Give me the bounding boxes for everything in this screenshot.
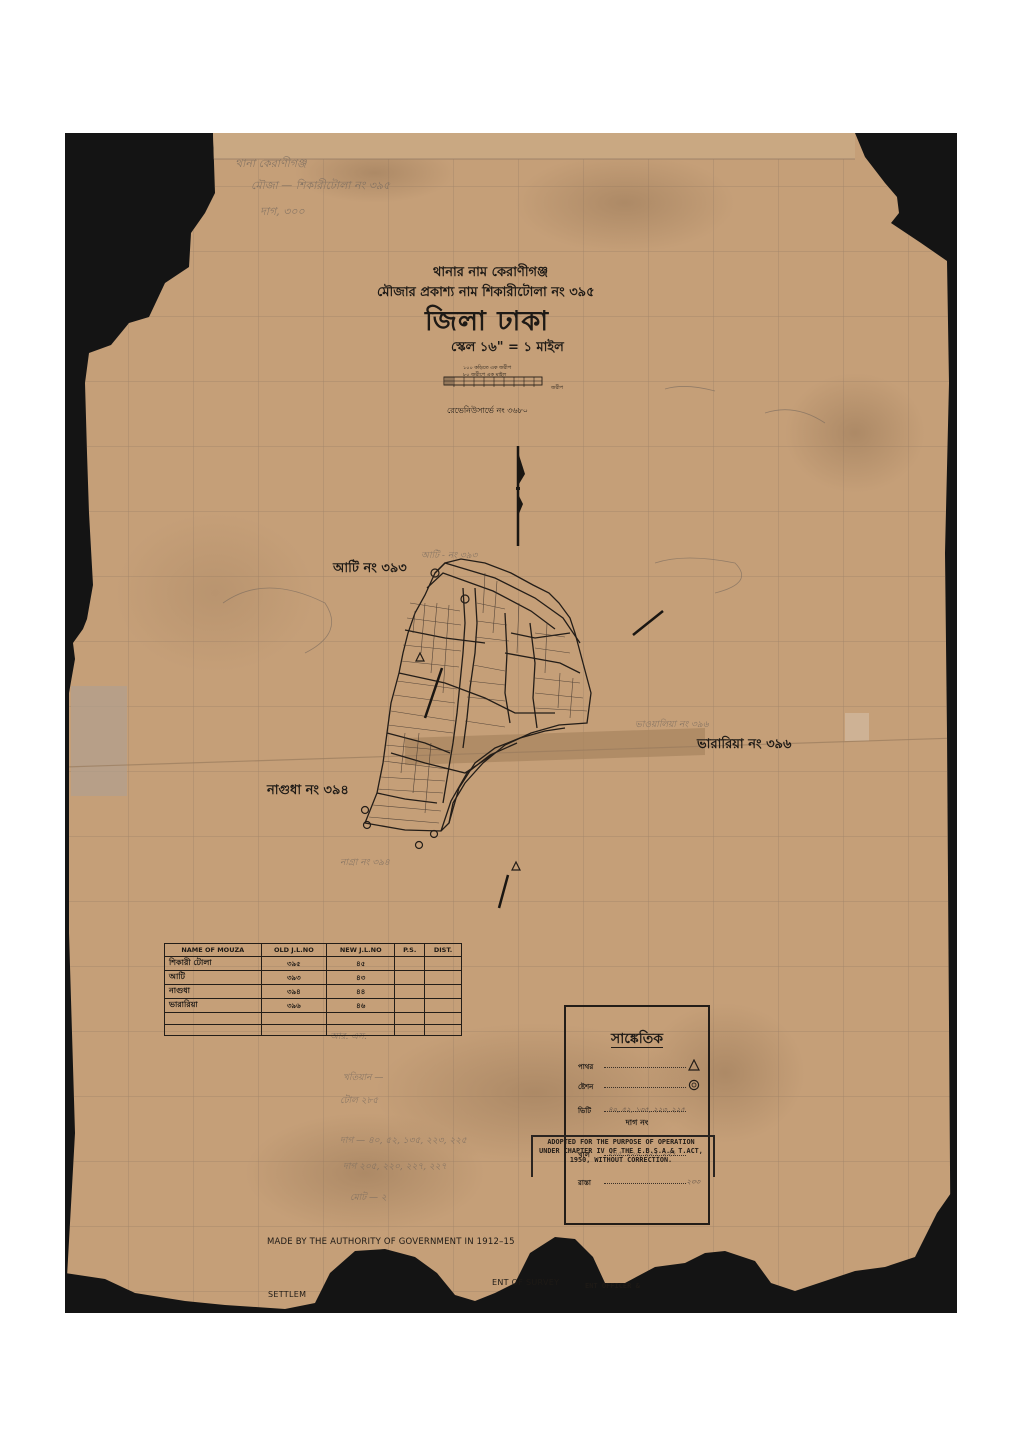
table-cell (395, 1024, 425, 1036)
mouza-name-cell (165, 1024, 262, 1036)
table-cell: ৪৬ (327, 999, 395, 1013)
adoption-stamp-text: ADOPTED FOR THE PURPOSE OF OPERATION UND… (531, 1138, 711, 1165)
boundary-label-north: আটি নং ৩৯৩ (333, 559, 407, 580)
boundary-label-west: নাগুধা নং ৩৯৪ (267, 781, 349, 802)
table-cell (425, 985, 462, 999)
table-cell (425, 971, 462, 985)
mouza-name-cell: নাগুধা (165, 985, 262, 999)
stamp-officer-fragment: ENT OFFICER & (585, 1282, 640, 1290)
table-cell (425, 957, 462, 971)
boundary-label-east: ভারারিয়া নং ৩৯৬ (697, 735, 791, 756)
legend-item-station: ষ্টেশন (578, 1079, 700, 1093)
table-cell: ৩৯৩ (261, 971, 327, 985)
table-cell (395, 985, 425, 999)
settlement-text-fragment: SETTLEM (268, 1290, 306, 1299)
col-header: DIST. (425, 944, 462, 957)
col-header: P.S. (395, 944, 425, 957)
table-cell (261, 1024, 327, 1036)
table-header-row: NAME OF MOUZA OLD J.L.NO NEW J.L.NO P.S.… (165, 944, 462, 957)
legend-plot-row: ভিটি ৪০, ৫২, ১৩৫, ২২৩, ২২৫ (578, 1103, 700, 1117)
table-cell (327, 1013, 395, 1025)
map-scale: স্কেল ১৬" = ১ মাইল (451, 338, 564, 359)
pencil-note: দাগ, ৩০০ (260, 203, 305, 222)
pencil-note: মৌজা — শিকারীটোলা নং ৩৯৫ (251, 177, 390, 196)
pencil-note: দাগ ২০৫, ২২০, ২২৭, ২২৭ (343, 1159, 446, 1174)
pencil-note: থানা কেরাণীগঞ্জ (235, 155, 306, 174)
survey-text-fragment: ENT OF SURVEY (492, 1278, 559, 1287)
circle-icon (688, 1079, 700, 1091)
mouza-name-cell (165, 1013, 262, 1025)
triangle-icon (688, 1059, 700, 1071)
table-cell (395, 1013, 425, 1025)
table-row (165, 1013, 462, 1025)
col-header: NEW J.L.NO (327, 944, 395, 957)
table-cell (425, 999, 462, 1013)
mouza-name-cell: ভারারিয়া (165, 999, 262, 1013)
col-header: OLD J.L.NO (261, 944, 327, 957)
table-cell: ৩৯৫ (261, 957, 327, 971)
table-row (165, 1024, 462, 1036)
table-cell (327, 1024, 395, 1036)
scale-bar-unit: জরীপ (551, 385, 563, 393)
scanned-map-sheet: থানার নাম কেরাণীগঞ্জ মৌজার প্রকাশ্য নাম … (65, 133, 957, 1313)
legend-title: সাঙ্কেতিক (566, 1027, 708, 1051)
table-cell: ৪৪ (327, 985, 395, 999)
map-legend: সাঙ্কেতিক পাথর ষ্টেশন দাগ নং ভিটি ৪০, ৫২… (564, 1005, 710, 1225)
table-cell (395, 999, 425, 1013)
table-cell (261, 1013, 327, 1025)
revenue-survey-number: রেভেনিউসার্ভে নং ৩৬৮০ (447, 405, 528, 418)
table-cell (395, 957, 425, 971)
legend-item-stone: পাথর (578, 1059, 700, 1073)
table-cell: ৩৯৬ (261, 999, 327, 1013)
legend-plot-header: দাগ নং (566, 1117, 708, 1130)
scale-bar-note-2: ৮০ জরীপে এক মাইল (463, 372, 506, 380)
table-row: নাগুধা৩৯৪৪৪ (165, 985, 462, 999)
table-cell: ৩৯৪ (261, 985, 327, 999)
pencil-note: খতিয়ান — (343, 1070, 383, 1085)
thana-name: থানার নাম কেরাণীগঞ্জ (433, 263, 548, 284)
table-cell: ৪৩ (327, 971, 395, 985)
pencil-note: ভাওয়ালিয়া নং ৩৯৬ (635, 717, 709, 732)
pencil-note: দাগ — ৪০, ৫২, ১৩৫, ২২৩, ২২৫ (340, 1133, 467, 1148)
mouza-name-cell: শিকারী টোলা (165, 957, 262, 971)
table-cell (395, 971, 425, 985)
legend-plot-row: রাস্তা ২৩৩ (578, 1175, 700, 1189)
pencil-note: নাগ্রা নং ৩৯৪ (340, 855, 390, 870)
pencil-note: মোট — ২ (350, 1190, 387, 1205)
mouza-table: NAME OF MOUZA OLD J.L.NO NEW J.L.NO P.S.… (164, 943, 462, 1036)
pencil-note: টোল ২৮৫ (340, 1093, 378, 1108)
table-row: ভারারিয়া৩৯৬৪৬ (165, 999, 462, 1013)
table-row: শিকারী টোলা৩৯৫৪৫ (165, 957, 462, 971)
table-cell (425, 1013, 462, 1025)
table-row: আটি৩৯৩৪৩ (165, 971, 462, 985)
pencil-note: আটি - নং ৩৯৩ (421, 548, 477, 563)
mouza-name-cell: আটি (165, 971, 262, 985)
table-cell (425, 1024, 462, 1036)
authority-note: MADE BY THE AUTHORITY OF GOVERNMENT IN 1… (267, 1237, 515, 1247)
col-header: NAME OF MOUZA (165, 944, 262, 957)
table-cell: ৪৫ (327, 957, 395, 971)
